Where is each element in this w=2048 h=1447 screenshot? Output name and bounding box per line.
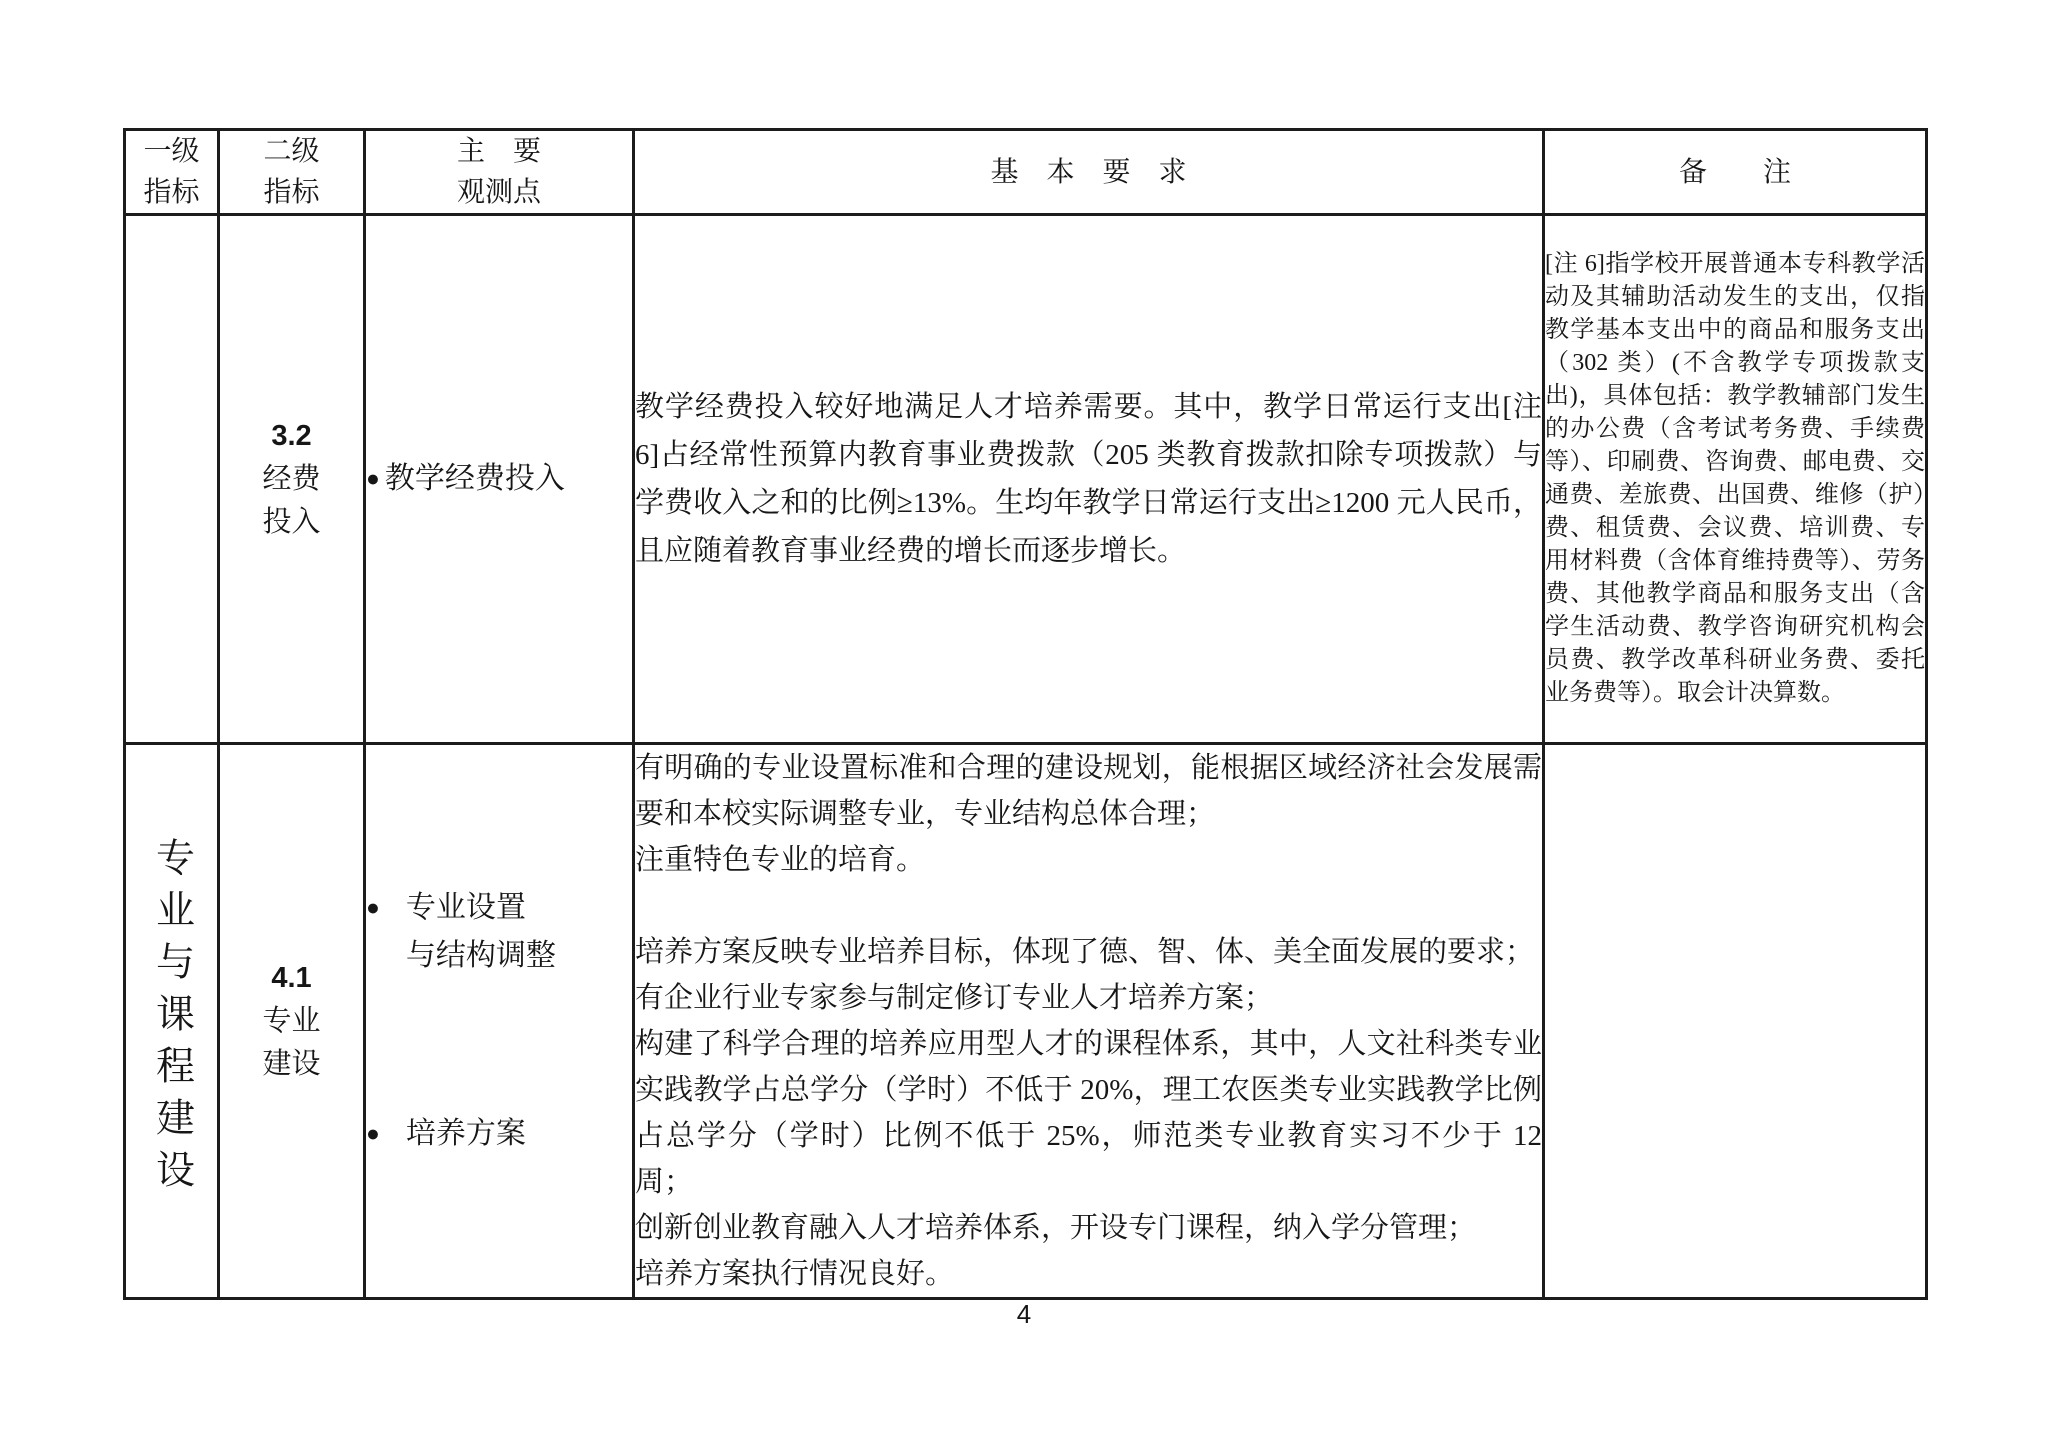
cell-remarks: [注 6]指学校开展普通本专科教学活动及其辅助活动发生的支出，仅指教学基本支出中… <box>1544 215 1927 744</box>
level2-name: 专业 建设 <box>220 1000 363 1086</box>
bullet-icon: ● <box>366 884 380 932</box>
cell-observation-points: ● 专业设置 与结构调整 ● 培养方案 <box>365 744 634 1299</box>
cell-remarks <box>1544 744 1927 1299</box>
level2-code: 3.2 <box>220 415 363 458</box>
cell-level1 <box>125 215 219 744</box>
cell-basic-requirements: 教学经费投入较好地满足人才培养需要。其中，教学日常运行支出[注 6]占经常性预算… <box>634 215 1544 744</box>
header-level2-indicator: 二级 指标 <box>219 130 365 215</box>
cell-level2: 3.2 经费 投入 <box>219 215 365 744</box>
observation-item: ● 培养方案 <box>366 1110 632 1158</box>
header-observation-points: 主 要 观测点 <box>365 130 634 215</box>
header-row: 一级 指标 二级 指标 主 要 观测点 基 本 要 求 备 注 <box>125 130 1927 215</box>
header-level1-indicator: 一级 指标 <box>125 130 219 215</box>
document-page: 一级 指标 二级 指标 主 要 观测点 基 本 要 求 备 注 3.2 经费 投… <box>0 0 2048 1447</box>
bullet-icon: ● <box>366 1110 380 1158</box>
level1-label: 专业与课程建设 <box>144 837 200 1201</box>
table-row: 专业与课程建设 4.1 专业 建设 ● 专业设置 与结构调整 ● 培养方案 有明… <box>125 744 1927 1299</box>
cell-basic-requirements: 有明确的专业设置标准和合理的建设规划，能根据区域经济社会发展需要和本校实际调整专… <box>634 744 1544 1299</box>
indicator-table: 一级 指标 二级 指标 主 要 观测点 基 本 要 求 备 注 3.2 经费 投… <box>123 128 1928 1300</box>
header-basic-requirements: 基 本 要 求 <box>634 130 1544 215</box>
level2-name: 经费 投入 <box>220 458 363 544</box>
header-remarks: 备 注 <box>1544 130 1927 215</box>
bullet-icon: ● <box>366 455 380 503</box>
observation-label: 教学经费投入 <box>385 455 565 503</box>
page-number: 4 <box>123 1299 1925 1330</box>
cell-level1: 专业与课程建设 <box>125 744 219 1299</box>
observation-label: 专业设置 与结构调整 <box>406 884 556 980</box>
level2-code: 4.1 <box>220 957 363 1000</box>
cell-level2: 4.1 专业 建设 <box>219 744 365 1299</box>
observation-item: ● 教学经费投入 <box>366 455 632 503</box>
observation-label: 培养方案 <box>406 1110 526 1158</box>
cell-observation-points: ● 教学经费投入 <box>365 215 634 744</box>
table-row: 3.2 经费 投入 ● 教学经费投入 教学经费投入较好地满足人才培养需要。其中，… <box>125 215 1927 744</box>
observation-item: ● 专业设置 与结构调整 <box>366 884 632 980</box>
